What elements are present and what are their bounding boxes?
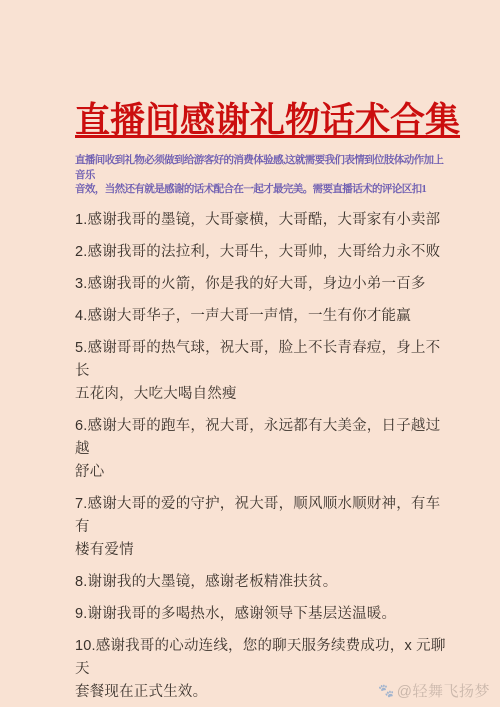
list-item: 1.感谢我哥的墨镜，大哥豪横，大哥酷，大哥家有小卖部 xyxy=(75,209,448,232)
list-item: 8.谢谢我的大墨镜，感谢老板精准扶贫。 xyxy=(75,571,448,594)
list-item: 2.感谢我哥的法拉利，大哥牛，大哥帅，大哥给力永不败 xyxy=(75,241,448,264)
watermark-handle: @轻舞飞扬梦 xyxy=(397,680,490,701)
list-item: 7.感谢大哥的爱的守护，祝大哥，顺风顺水顺财神，有车有 楼有爱情 xyxy=(75,493,448,562)
paw-icon: 🐾 xyxy=(378,684,395,697)
intro-paragraph: 直播间收到礼物必须做到给游客好的消费体验感,这就需要我们表情到位肢体动作加上音乐… xyxy=(75,154,448,198)
page-title: 直播间感谢礼物话术合集 xyxy=(75,100,448,142)
watermark: 🐾 @轻舞飞扬梦 xyxy=(378,680,490,701)
list-item: 5.感谢哥哥的热气球，祝大哥，脸上不长青春痘，身上不长 五花肉，大吃大喝自然瘦 xyxy=(75,337,448,406)
list-item: 6.感谢大哥的跑车，祝大哥，永远都有大美金，日子越过越 舒心 xyxy=(75,415,448,484)
list-item: 4.感谢大哥华子，一声大哥一声情，一生有你才能赢 xyxy=(75,305,448,328)
list-item: 9.谢谢我哥的多喝热水，感谢领导下基层送温暖。 xyxy=(75,603,448,626)
list-item: 3.感谢我哥的火箭，你是我的好大哥，身边小弟一百多 xyxy=(75,273,448,296)
poster: 直播间感谢礼物话术合集 直播间收到礼物必须做到给游客好的消费体验感,这就需要我们… xyxy=(0,0,500,707)
script-list: 1.感谢我哥的墨镜，大哥豪横，大哥酷，大哥家有小卖部 2.感谢我哥的法拉利，大哥… xyxy=(75,209,448,704)
